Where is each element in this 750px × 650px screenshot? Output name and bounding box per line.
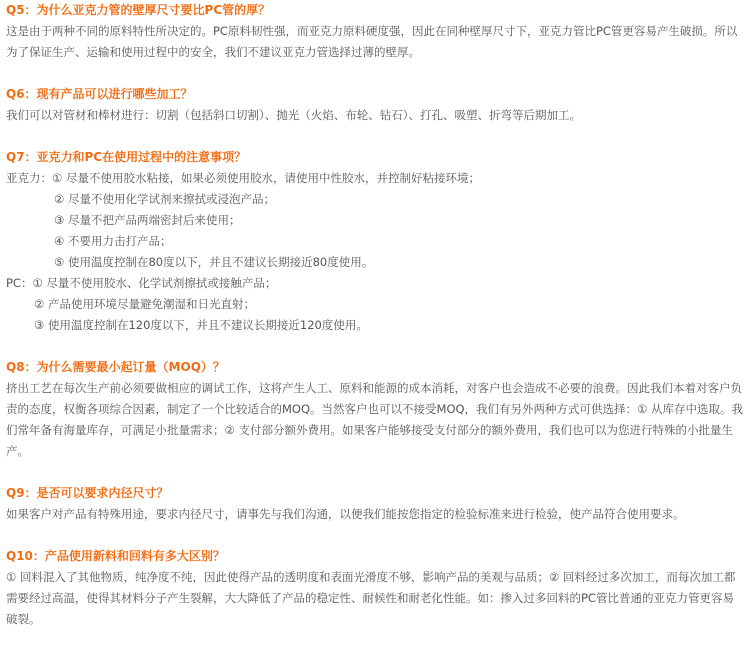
- pc-label: PC：: [6, 276, 32, 290]
- faq-question-q10: Q10：产品使用新料和回料有多大区别？: [6, 546, 744, 567]
- faq-answer-q5: 这是由于两种不同的原料特性所决定的。PC原料韧性强，而亚克力原料硬度强，因此在同…: [6, 21, 744, 63]
- faq-question-q7: Q7：亚克力和PC在使用过程中的注意事项？: [6, 147, 744, 168]
- acrylic-item-5: ⑤ 使用温度控制在80度以下，并且不建议长期接近80度使用。: [6, 252, 744, 273]
- faq-answer-q6: 我们可以对管材和棒材进行：切割（包括斜口切割）、抛光（火焰、布轮、钻石）、打孔、…: [6, 105, 744, 126]
- acrylic-item-text: ① 尽量不使用胶水粘接，如果必须使用胶水，请使用中性胶水，并控制好粘接环境；: [52, 171, 480, 185]
- pc-item-3: ③ 使用温度控制在120度以下，并且不建议长期接近120度使用。: [6, 315, 744, 336]
- spacer: [6, 336, 744, 357]
- spacer: [6, 525, 744, 546]
- acrylic-item-1: 亚克力：① 尽量不使用胶水粘接，如果必须使用胶水，请使用中性胶水，并控制好粘接环…: [6, 168, 744, 189]
- faq-question-q5: Q5：为什么亚克力管的壁厚尺寸要比PC管的厚？: [6, 0, 744, 21]
- pc-item-1: PC：① 尽量不使用胶水、化学试剂擦拭或接触产品；: [6, 273, 744, 294]
- spacer: [6, 126, 744, 147]
- faq-question-q9: Q9：是否可以要求内径尺寸？: [6, 483, 744, 504]
- spacer: [6, 462, 744, 483]
- pc-item-text: ① 尽量不使用胶水、化学试剂擦拭或接触产品；: [32, 276, 276, 290]
- acrylic-label: 亚克力：: [6, 171, 52, 185]
- faq-page: Q5：为什么亚克力管的壁厚尺寸要比PC管的厚？ 这是由于两种不同的原料特性所决定…: [0, 0, 750, 630]
- faq-answer-q8: 挤出工艺在每次生产前必须要做相应的调试工作，这将产生人工、原料和能源的成本消耗，…: [6, 378, 744, 462]
- acrylic-item-4: ④ 不要用力击打产品；: [6, 231, 744, 252]
- faq-question-q8: Q8：为什么需要最小起订量（MOQ）？: [6, 357, 744, 378]
- faq-answer-q10: ① 回料混入了其他物质，纯净度不纯，因此使得产品的透明度和表面光滑度不够，影响产…: [6, 567, 744, 630]
- acrylic-item-2: ② 尽量不使用化学试剂来擦拭或浸泡产品；: [6, 189, 744, 210]
- acrylic-item-3: ③ 尽量不把产品两端密封后来使用；: [6, 210, 744, 231]
- pc-item-2: ② 产品使用环境尽量避免潮湿和日光直射；: [6, 294, 744, 315]
- faq-question-q6: Q6：现有产品可以进行哪些加工？: [6, 84, 744, 105]
- spacer: [6, 63, 744, 84]
- faq-answer-q9: 如果客户对产品有特殊用途，要求内径尺寸，请事先与我们沟通，以便我们能按您指定的检…: [6, 504, 744, 525]
